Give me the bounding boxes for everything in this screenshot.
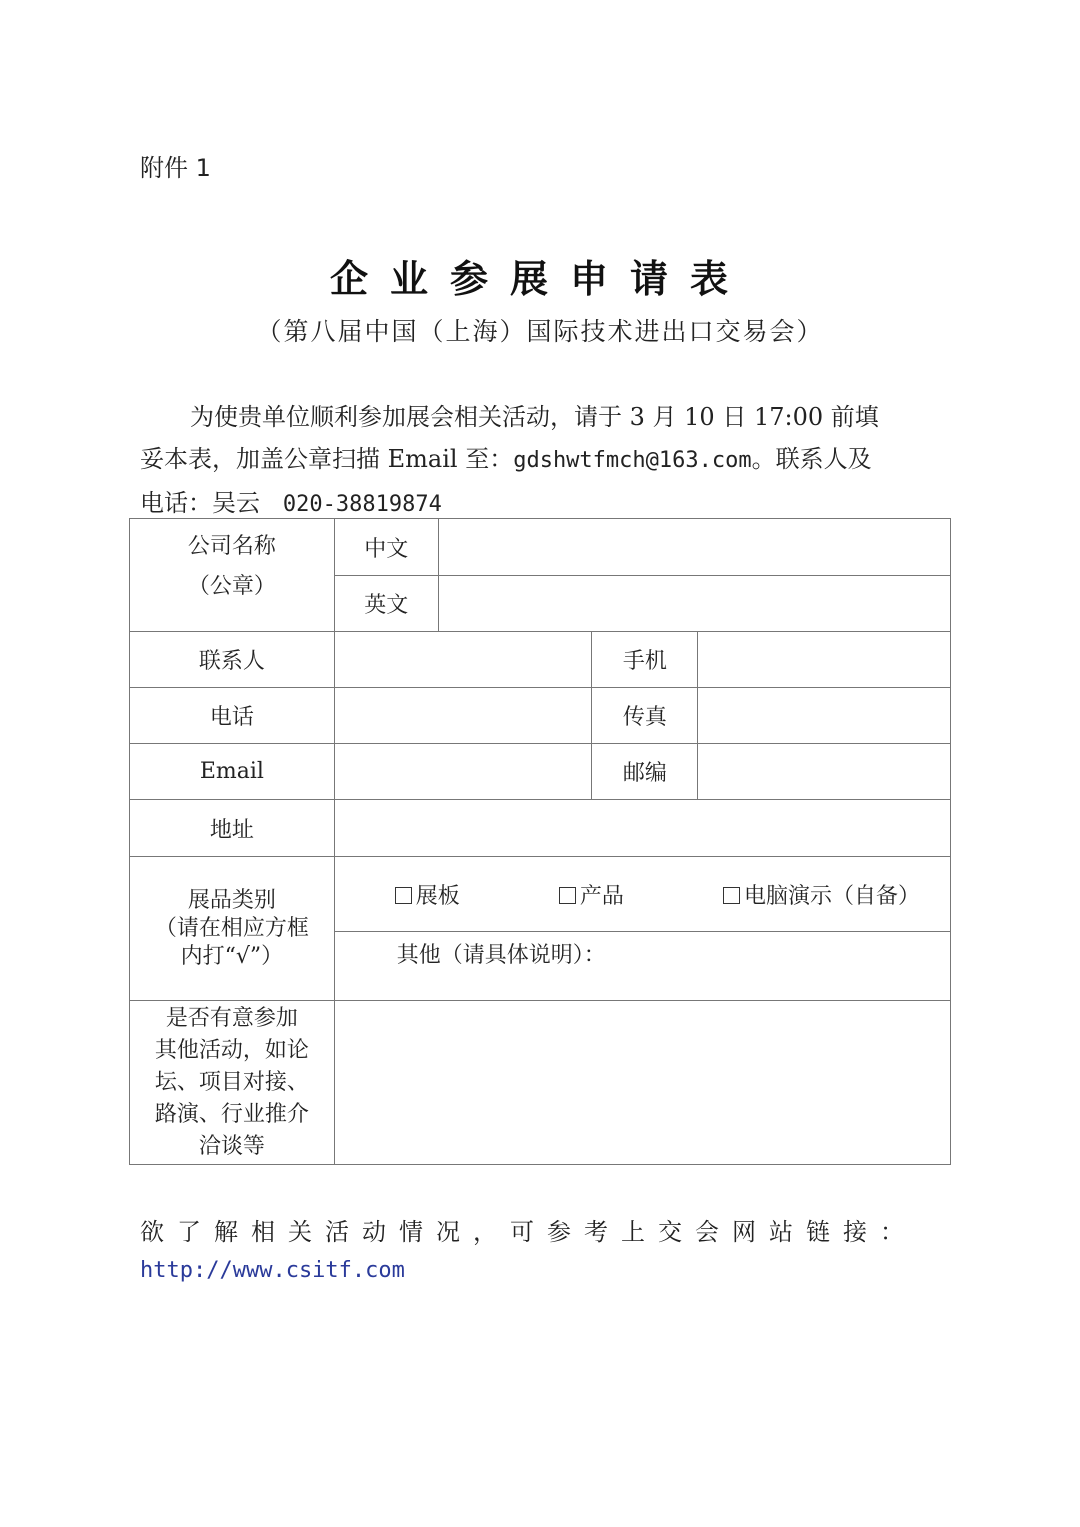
activities-field[interactable] [334, 1001, 950, 1165]
fax-field[interactable] [698, 688, 951, 744]
address-field[interactable] [334, 800, 950, 857]
activities-label-line: 路演、行业推介 [130, 1099, 334, 1131]
company-seal-label: （公章） [130, 567, 334, 607]
company-name-label: 公司名称 [130, 527, 334, 567]
intro-line-2-prefix: 妥本表，加盖公章扫描 Email 至： [140, 445, 513, 473]
activities-label-line: 其他活动，如论 [130, 1035, 334, 1067]
category-label-cell: 展品类别 （请在相应方框 内打“√”） [130, 857, 335, 1001]
activities-label-line: 坛、项目对接、 [130, 1067, 334, 1099]
company-name-label-cell: 公司名称 （公章） [130, 519, 335, 632]
contact-field[interactable] [334, 632, 592, 688]
email-field[interactable] [334, 744, 592, 800]
intro-line-3-prefix: 电话：吴云 [140, 489, 260, 517]
application-form-table: 公司名称 （公章） 中文 英文 联系人 手机 电话 传真 Email 邮编 地址… [129, 518, 951, 1165]
page-title: 企业参展申请表 [0, 248, 1080, 303]
page-subtitle: （第八届中国（上海）国际技术进出口交易会） [0, 312, 1080, 348]
category-option-computer-demo[interactable]: 电脑演示（自备） [723, 879, 920, 910]
activities-label-line: 是否有意参加 [130, 1003, 334, 1035]
fax-label: 传真 [592, 688, 698, 744]
category-option-product[interactable]: 产品 [559, 879, 624, 910]
category-options-cell: 展板 产品 电脑演示（自备） [334, 857, 950, 932]
other-category-label: 其他（请具体说明）： [397, 943, 606, 968]
contact-phone: 020-38819874 [283, 492, 442, 517]
checkbox-icon[interactable] [395, 887, 412, 904]
category-label-line-1: 展品类别 [130, 887, 334, 915]
company-name-english-field[interactable] [438, 576, 950, 632]
phone-field[interactable] [334, 688, 592, 744]
footer-text: 欲了解相关活动情况，可参考上交会网站链接： [140, 1212, 940, 1247]
english-label: 英文 [334, 576, 438, 632]
website-link[interactable]: http://www.csitf.com [140, 1258, 405, 1283]
intro-line-1: 为使贵单位顺利参加展会相关活动，请于 3 月 10 日 17:00 前填 [190, 403, 879, 431]
postcode-label: 邮编 [592, 744, 698, 800]
attachment-label: 附件 1 [140, 148, 211, 183]
contact-label: 联系人 [130, 632, 335, 688]
contact-email[interactable]: gdshwtfmch@163.com [513, 448, 751, 473]
chinese-label: 中文 [334, 519, 438, 576]
checkbox-icon[interactable] [723, 887, 740, 904]
mobile-field[interactable] [698, 632, 951, 688]
activities-label-line: 洽谈等 [130, 1131, 334, 1163]
postcode-field[interactable] [698, 744, 951, 800]
intro-paragraph: 为使贵单位顺利参加展会相关活动，请于 3 月 10 日 17:00 前填 妥本表… [140, 396, 950, 526]
company-name-chinese-field[interactable] [438, 519, 950, 576]
checkbox-icon[interactable] [559, 887, 576, 904]
category-label-line-2: （请在相应方框 [130, 915, 334, 943]
other-category-cell[interactable]: 其他（请具体说明）： [334, 932, 950, 1001]
address-label: 地址 [130, 800, 335, 857]
activities-label-cell: 是否有意参加 其他活动，如论 坛、项目对接、 路演、行业推介 洽谈等 [130, 1001, 335, 1165]
category-label-line-3: 内打“√”） [130, 943, 334, 971]
email-label: Email [130, 744, 335, 800]
phone-label: 电话 [130, 688, 335, 744]
category-option-display-board[interactable]: 展板 [395, 879, 460, 910]
mobile-label: 手机 [592, 632, 698, 688]
intro-line-2-suffix: 。联系人及 [752, 445, 872, 473]
